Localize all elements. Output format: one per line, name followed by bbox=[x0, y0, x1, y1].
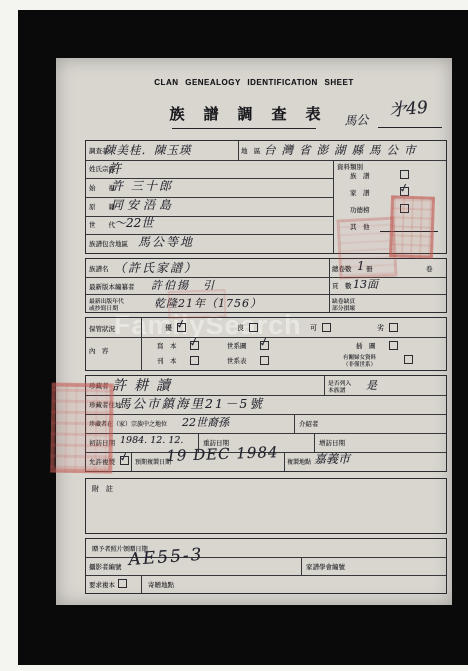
copy-place-value: 嘉義市 bbox=[314, 450, 350, 467]
publication-date-label-line2: 或抄寫日期 bbox=[89, 303, 118, 312]
checkbox-manuscript bbox=[190, 341, 199, 350]
checkbox-storage-excellent bbox=[177, 323, 186, 332]
checkbox-copy-permission bbox=[120, 456, 129, 465]
checkbox-lineage-chart bbox=[260, 341, 269, 350]
storage-good-label: 良 bbox=[237, 323, 244, 333]
grid-line bbox=[301, 557, 302, 575]
checkbox-clan-genealogy bbox=[400, 170, 409, 179]
category-option-clan-genealogy-label: 族 譜 bbox=[350, 171, 370, 180]
manuscript-label: 寫 本 bbox=[157, 341, 177, 350]
women-data-label-line2: （非僅世系） bbox=[343, 360, 376, 368]
genealogy-form-page: CLAN GENEALOGY IDENTIFICATION SHEET 族 譜 … bbox=[56, 58, 452, 605]
red-seal-stamp-fragment bbox=[168, 289, 227, 319]
coverage-value: 馬公等地 bbox=[138, 233, 194, 250]
checkbox-storage-good bbox=[249, 323, 258, 332]
first-ancestor-value: 許 三十郎 bbox=[111, 177, 173, 194]
checkbox-request-copy bbox=[118, 579, 127, 588]
generations-value: ～22世 bbox=[114, 214, 153, 231]
red-seal-stamp-left bbox=[50, 382, 114, 473]
missing-pages-label-line2: 部分損壞 bbox=[332, 303, 355, 312]
sheet-location-handwriting: 馬公 bbox=[344, 111, 369, 129]
title-underline bbox=[172, 128, 316, 129]
illustrations-label: 插 圖 bbox=[356, 341, 376, 350]
lineage-chart-label: 世系圖 bbox=[227, 341, 247, 350]
lineage-table-label: 世系表 bbox=[227, 356, 247, 365]
sheet-number-underline bbox=[378, 127, 442, 128]
generations-label: 世 代 bbox=[89, 220, 115, 229]
introducer-label: 介紹者 bbox=[299, 419, 319, 428]
notes-box bbox=[85, 478, 447, 534]
checkbox-illustrations bbox=[389, 341, 398, 350]
editor-label: 最新版本編纂者 bbox=[89, 282, 135, 291]
checkbox-women-data bbox=[404, 355, 413, 364]
area-value: 台灣省澎湖縣馬公市 bbox=[264, 142, 422, 158]
grid-line bbox=[131, 452, 132, 471]
grid-line bbox=[86, 414, 446, 415]
grid-line bbox=[284, 452, 285, 471]
grid-line bbox=[141, 575, 142, 593]
checkbox-storage-fair bbox=[322, 323, 331, 332]
clan-value: 許 bbox=[108, 158, 121, 177]
page-title: 族 譜 調 查 表 bbox=[116, 103, 376, 124]
sheet-number-handwriting: 㐧49 bbox=[388, 93, 429, 121]
listed-in-genealogy-label-line2: 本族譜 bbox=[328, 385, 345, 394]
owner-value: 許耕讀 bbox=[112, 375, 178, 395]
genealogy-name-value: （許氏家譜） bbox=[114, 259, 198, 276]
storage-excellent-label: 優 bbox=[165, 323, 172, 333]
category-label: 資料類別 bbox=[337, 162, 363, 171]
checkbox-printed-edition bbox=[190, 356, 199, 365]
volumes-unit-volume: 卷 bbox=[426, 264, 433, 273]
grid-line bbox=[294, 414, 295, 433]
added-visit-label: 增訪日期 bbox=[319, 438, 345, 447]
genealogy-name-label: 族譜名 bbox=[89, 264, 109, 273]
grid-line bbox=[141, 318, 142, 370]
photographer-number-label: 攝影者編號 bbox=[89, 562, 122, 571]
scanned-document: CLAN GENEALOGY IDENTIFICATION SHEET 族 譜 … bbox=[0, 0, 468, 671]
owner-address-value: 馬公市鎮海里21－5號 bbox=[118, 394, 264, 412]
owner-position-value: 22世裔孫 bbox=[182, 414, 229, 430]
grid-line bbox=[324, 376, 325, 395]
grid-line bbox=[86, 433, 446, 434]
grid-line bbox=[86, 234, 333, 235]
category-option-merit-board-label: 功德榜 bbox=[350, 205, 370, 214]
checkbox-lineage-table bbox=[260, 356, 269, 365]
printed-edition-label: 刊 本 bbox=[157, 356, 177, 365]
coverage-label: 族譜包含地區 bbox=[89, 239, 128, 248]
grid-line bbox=[238, 141, 239, 160]
notes-label: 附 註 bbox=[92, 484, 113, 494]
content-label: 內 容 bbox=[89, 346, 109, 355]
first-visit-value: 1984. 12. 12. bbox=[120, 435, 183, 446]
english-title: CLAN GENEALOGY IDENTIFICATION SHEET bbox=[56, 78, 452, 87]
pages-label: 頁 數 bbox=[332, 281, 352, 290]
checkbox-storage-poor bbox=[389, 323, 398, 332]
surveyor-value: 陳美桂．陳玉瑛 bbox=[104, 142, 192, 158]
area-label: 地 區 bbox=[241, 146, 261, 155]
grid-line bbox=[329, 259, 330, 312]
origin-value: 同安浯島 bbox=[111, 196, 175, 213]
request-copy-label: 要求複本 bbox=[89, 580, 115, 589]
society-number-label: 家譜學會編號 bbox=[306, 562, 345, 571]
category-option-family-genealogy-label: 家 譜 bbox=[350, 188, 370, 197]
grid-line bbox=[86, 575, 446, 576]
grid-line bbox=[86, 294, 446, 295]
red-seal-stamp-right-faded bbox=[336, 217, 397, 280]
send-place-label: 寄贈地點 bbox=[148, 580, 174, 589]
storage-condition-label: 保管狀況 bbox=[89, 324, 115, 333]
listed-in-genealogy-value: 是 bbox=[366, 377, 377, 393]
grid-line bbox=[333, 160, 334, 253]
grid-line bbox=[86, 160, 446, 161]
copy-place-label: 複製地點 bbox=[287, 457, 311, 466]
storage-poor-label: 劣 bbox=[377, 323, 384, 333]
storage-fair-label: 可 bbox=[310, 323, 317, 333]
grid-line bbox=[86, 277, 446, 278]
